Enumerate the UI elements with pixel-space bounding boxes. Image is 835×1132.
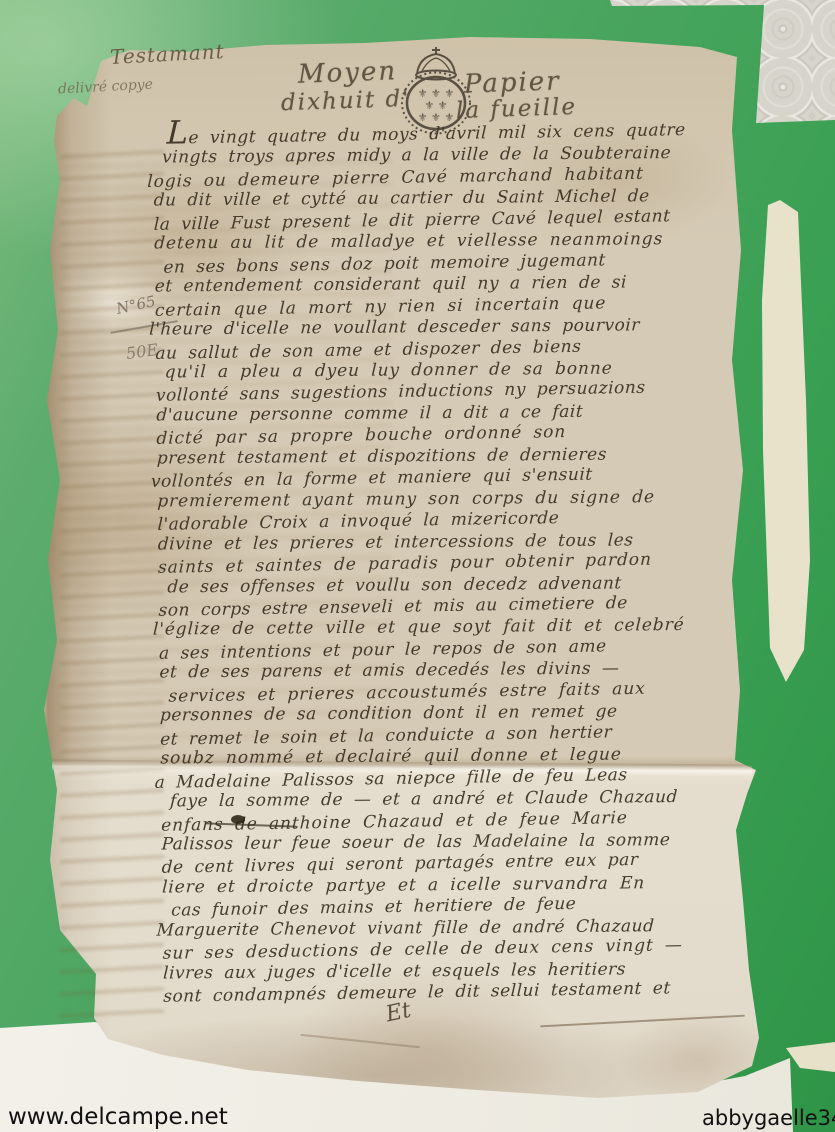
ink-blot bbox=[231, 815, 245, 824]
watermark-delcampe: www.delcampe.net bbox=[8, 1104, 228, 1130]
stamp-label-dixhuit: dixhuit d' bbox=[281, 86, 411, 117]
manuscript-text: Le vingt quatre du moys d'avril mil six … bbox=[153, 114, 744, 1007]
photo-scene: ⚜ ⚜ ⚜ ⚜ ⚜ ⚜ ⚜ ⚜ Moyen dixhuit d' Papier … bbox=[0, 0, 835, 1132]
watermark-seller: abbygaelle34 bbox=[702, 1106, 835, 1130]
paraph-mark: Et bbox=[384, 998, 414, 1028]
stamp-label-moyen: Moyen bbox=[298, 56, 398, 89]
